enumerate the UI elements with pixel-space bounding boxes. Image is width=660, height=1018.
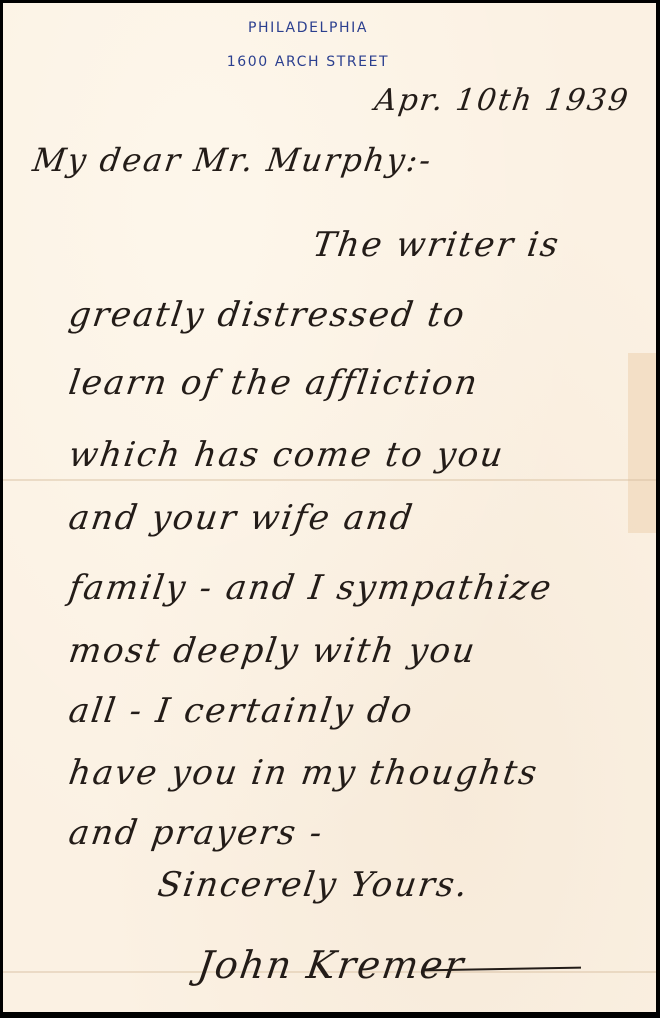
body-line: and prayers - <box>66 813 326 853</box>
fold-line <box>3 479 656 481</box>
body-line: have you in my thoughts <box>66 753 541 793</box>
paper-stain <box>628 353 656 533</box>
letter-date: Apr. 10th 1939 <box>373 83 632 118</box>
body-line: greatly distressed to <box>66 295 468 335</box>
salutation: My dear Mr. Murphy:- <box>30 141 435 179</box>
body-line: and your wife and <box>66 498 416 538</box>
closing: Sincerely Yours. <box>155 865 471 905</box>
letterhead-city: PHILADELPHIA <box>3 20 613 36</box>
body-line: which has come to you <box>66 435 507 475</box>
signature: John Kremer <box>195 943 468 987</box>
letter-page: PHILADELPHIA 1600 ARCH STREET Apr. 10th … <box>3 3 656 1012</box>
body-line: family - and I sympathize <box>66 568 555 608</box>
body-line: learn of the affliction <box>66 363 481 403</box>
body-line: most deeply with you <box>66 631 479 671</box>
body-line: The writer is <box>310 225 563 265</box>
body-line: all - I certainly do <box>66 691 416 731</box>
letterhead-address: 1600 ARCH STREET <box>3 54 613 70</box>
